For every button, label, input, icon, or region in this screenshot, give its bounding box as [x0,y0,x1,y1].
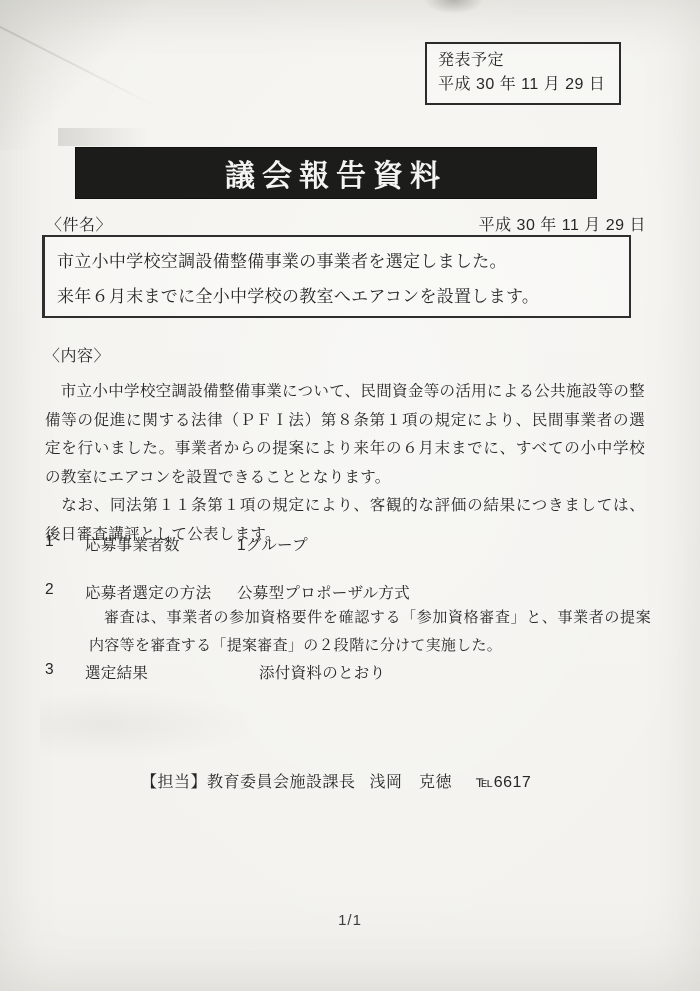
document-title: 議会報告資料 [225,151,447,195]
item-selection-method: 2 応募者選定の方法 公募型プロポーザル方式 [45,581,655,603]
content-paragraph-1: 市立小中学校空調設備整備事業について、民間資金等の活用による公共施設等の整備等の… [45,378,645,492]
subject-box: 市立小中学校空調設備整備事業の事業者を選定しました。 来年６月末までに全小中学校… [42,235,631,318]
scanned-document-page: 発表予定 平成 30 年 11 月 29 日 議会報告資料 〈件名〉 平成 30… [0,0,700,991]
scan-smudge-artifact [40,690,260,760]
item-value: 公募型プロポーザル方式 [237,581,410,603]
item-label: 応募事業者数 [85,533,237,555]
document-title-banner: 議会報告資料 [75,147,597,199]
publish-schedule-box: 発表予定 平成 30 年 11 月 29 日 [425,42,621,105]
item-number: 1 [45,533,85,555]
publish-schedule-label: 発表予定 [438,49,608,73]
item-number: 3 [45,661,85,683]
content-label: 〈内容〉 [44,343,110,366]
page-number: 1/1 [0,912,700,929]
scan-smudge-artifact [58,128,148,146]
contact-row: 【担当】教育委員会施設課長 浅岡 克徳 ℡6617 [141,769,531,792]
item-value: 添付資料のとおり [259,661,385,683]
publish-schedule-date: 平成 30 年 11 月 29 日 [438,73,608,97]
item-selection-result: 3 選定結果 添付資料のとおり [45,661,655,683]
document-date: 平成 30 年 11 月 29 日 [479,212,646,235]
item-label: 選定結果 [85,661,237,683]
item-label: 応募者選定の方法 [85,581,237,603]
contact-role: 【担当】教育委員会施設課長 [141,769,356,792]
content-body: 市立小中学校空調設備整備事業について、民間資金等の活用による公共施設等の整備等の… [45,378,645,549]
item-selection-method-detail: 審査は、事業者の参加資格要件を確認する「参加資格審査」と、事業者の提案内容等を審… [89,604,651,660]
scan-edge-notch-artifact [424,0,484,14]
item-value: 1グループ [237,533,308,555]
item-applicant-count: 1 応募事業者数 1グループ [45,533,655,555]
paper-crease-line-artifact [0,10,157,107]
contact-tel: ℡6617 [476,772,531,792]
contact-name: 浅岡 克徳 [370,769,453,792]
item-number: 2 [45,581,85,603]
subject-line-1: 市立小中学校空調設備整備事業の事業者を選定しました。 [57,247,617,272]
subject-label: 〈件名〉 [46,212,112,235]
subject-header-row: 〈件名〉 平成 30 年 11 月 29 日 [46,212,646,235]
subject-line-2: 来年６月末までに全小中学校の教室へエアコンを設置します。 [57,282,617,307]
paper-crease-artifact [0,0,160,150]
